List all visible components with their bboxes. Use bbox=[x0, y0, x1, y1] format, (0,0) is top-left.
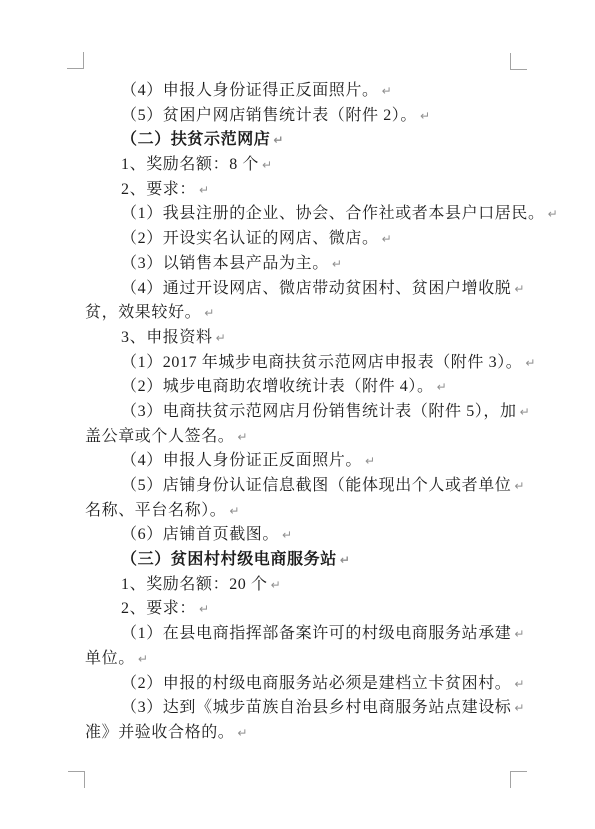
text-boundary-mark-bottom-left bbox=[68, 771, 85, 788]
doc-line: （1）在县电商指挥部备案许可的村级电商服务站承建↵ bbox=[85, 622, 515, 647]
doc-line: （2）申报的村级电商服务站必须是建档立卡贫困村。↵ bbox=[85, 672, 515, 697]
line-break-mark-icon: ↵ bbox=[282, 528, 292, 542]
doc-line: 单位。↵ bbox=[85, 647, 515, 672]
doc-line: （2）开设实名认证的网店、微店。↵ bbox=[85, 227, 515, 252]
doc-line: 1、奖励名额：20 个↵ bbox=[85, 573, 515, 598]
document-page: （4）申报人身份证得正反面照片。↵ （5）贫困户网店销售统计表（附件 2）。↵ … bbox=[0, 0, 595, 829]
line-break-mark-icon: ↵ bbox=[514, 701, 524, 715]
line-break-mark-icon: ↵ bbox=[420, 109, 430, 123]
doc-line-text: （2）开设实名认证的网店、微店。 bbox=[121, 230, 379, 247]
doc-line-text: 2、要求： bbox=[121, 600, 196, 617]
doc-line: （1）我县注册的企业、协会、合作社或者本县户口居民。↵ bbox=[85, 202, 515, 227]
document-body: （4）申报人身份证得正反面照片。↵ （5）贫困户网店销售统计表（附件 2）。↵ … bbox=[85, 79, 515, 746]
doc-line-text: （5）店铺身份认证信息截图（能体现出个人或者单位 bbox=[121, 477, 511, 494]
line-break-mark-icon: ↵ bbox=[382, 232, 392, 246]
doc-line-text: （2）城步电商助农增收统计表（附件 4）。 bbox=[121, 378, 434, 395]
line-break-mark-icon: ↵ bbox=[340, 553, 350, 567]
line-break-mark-icon: ↵ bbox=[237, 430, 247, 444]
line-break-mark-icon: ↵ bbox=[514, 677, 524, 691]
doc-line-text: （1）在县电商指挥部备案许可的村级电商服务站承建 bbox=[121, 625, 511, 642]
line-break-mark-icon: ↵ bbox=[237, 726, 247, 740]
doc-line-text: 贫，效果较好。 bbox=[85, 304, 201, 321]
doc-line-text: 名称、平台名称）。 bbox=[85, 502, 226, 519]
doc-line-text: 2、要求： bbox=[121, 181, 196, 198]
doc-line-text: （1）2017 年城步电商扶贫示范网店申报表（附件 3）。 bbox=[121, 354, 522, 371]
doc-line: （2）城步电商助农增收统计表（附件 4）。↵ bbox=[85, 375, 515, 400]
doc-heading-text: （二）扶贫示范网店 bbox=[121, 131, 270, 148]
doc-line-text: （4）通过开设网店、微店带动贫困村、贫困户增收脱 bbox=[121, 280, 511, 297]
doc-line: 盖公章或个人签名。↵ bbox=[85, 425, 515, 450]
doc-line: 2、要求：↵ bbox=[85, 597, 515, 622]
line-break-mark-icon: ↵ bbox=[332, 257, 342, 271]
line-break-mark-icon: ↵ bbox=[514, 627, 524, 641]
line-break-mark-icon: ↵ bbox=[199, 602, 209, 616]
doc-line-text: （4）申报人身份证正反面照片。 bbox=[121, 452, 362, 469]
line-break-mark-icon: ↵ bbox=[199, 183, 209, 197]
doc-line-text: 3、申报资料 bbox=[121, 329, 213, 346]
doc-line: （3）电商扶贫示范网店月份销售统计表（附件 5），加↵ bbox=[85, 400, 515, 425]
doc-heading: （二）扶贫示范网店↵ bbox=[85, 128, 515, 153]
doc-line: （5）店铺身份认证信息截图（能体现出个人或者单位↵ bbox=[85, 474, 515, 499]
doc-line-text: （5）贫困户网店销售统计表（附件 2）。 bbox=[121, 107, 417, 124]
doc-line-text: （3）电商扶贫示范网店月份销售统计表（附件 5），加 bbox=[121, 403, 517, 420]
doc-line: 贫，效果较好。↵ bbox=[85, 301, 515, 326]
doc-line: （3）达到《城步苗族自治县乡村电商服务站点建设标↵ bbox=[85, 696, 515, 721]
doc-line: （1）2017 年城步电商扶贫示范网店申报表（附件 3）。↵ bbox=[85, 351, 515, 376]
doc-line-text: 单位。 bbox=[85, 650, 135, 667]
doc-line-text: 1、奖励名额：20 个 bbox=[121, 576, 268, 593]
doc-line: 准》并验收合格的。↵ bbox=[85, 721, 515, 746]
doc-line-text: （4）申报人身份证得正反面照片。 bbox=[121, 82, 379, 99]
line-break-mark-icon: ↵ bbox=[138, 652, 148, 666]
doc-heading: （三）贫困村村级电商服务站↵ bbox=[85, 548, 515, 573]
line-break-mark-icon: ↵ bbox=[548, 207, 558, 221]
doc-line-text: （2）申报的村级电商服务站必须是建档立卡贫困村。 bbox=[121, 675, 511, 692]
doc-line-text: （3）达到《城步苗族自治县乡村电商服务站点建设标 bbox=[121, 699, 511, 716]
line-break-mark-icon: ↵ bbox=[262, 158, 272, 172]
line-break-mark-icon: ↵ bbox=[271, 578, 281, 592]
doc-line-text: （1）我县注册的企业、协会、合作社或者本县户口居民。 bbox=[121, 205, 545, 222]
line-break-mark-icon: ↵ bbox=[382, 84, 392, 98]
doc-line: 3、申报资料↵ bbox=[85, 326, 515, 351]
doc-line-text: 1、奖励名额：8 个 bbox=[121, 156, 259, 173]
text-boundary-mark-top-right bbox=[510, 53, 527, 70]
line-break-mark-icon: ↵ bbox=[365, 454, 375, 468]
doc-line-text: 盖公章或个人签名。 bbox=[85, 428, 234, 445]
doc-line: （4）通过开设网店、微店带动贫困村、贫困户增收脱↵ bbox=[85, 277, 515, 302]
line-break-mark-icon: ↵ bbox=[229, 504, 239, 518]
doc-line: （4）申报人身份证得正反面照片。↵ bbox=[85, 79, 515, 104]
line-break-mark-icon: ↵ bbox=[204, 306, 214, 320]
line-break-mark-icon: ↵ bbox=[216, 331, 226, 345]
doc-line-text: （3）以销售本县产品为主。 bbox=[121, 255, 329, 272]
doc-line: 1、奖励名额：8 个↵ bbox=[85, 153, 515, 178]
doc-line: 名称、平台名称）。↵ bbox=[85, 499, 515, 524]
doc-line-text: 准》并验收合格的。 bbox=[85, 724, 234, 741]
line-break-mark-icon: ↵ bbox=[520, 405, 530, 419]
doc-line: （5）贫困户网店销售统计表（附件 2）。↵ bbox=[85, 104, 515, 129]
doc-line: （3）以销售本县产品为主。↵ bbox=[85, 252, 515, 277]
line-break-mark-icon: ↵ bbox=[437, 380, 447, 394]
line-break-mark-icon: ↵ bbox=[514, 282, 524, 296]
doc-heading-text: （三）贫困村村级电商服务站 bbox=[121, 551, 337, 568]
text-boundary-mark-bottom-right bbox=[510, 771, 527, 788]
doc-line: 2、要求：↵ bbox=[85, 178, 515, 203]
line-break-mark-icon: ↵ bbox=[273, 133, 283, 147]
doc-line: （6）店铺首页截图。↵ bbox=[85, 523, 515, 548]
line-break-mark-icon: ↵ bbox=[525, 356, 535, 370]
doc-line: （4）申报人身份证正反面照片。↵ bbox=[85, 449, 515, 474]
line-break-mark-icon: ↵ bbox=[514, 479, 524, 493]
text-boundary-mark-top-left bbox=[67, 52, 84, 69]
doc-line-text: （6）店铺首页截图。 bbox=[121, 526, 279, 543]
